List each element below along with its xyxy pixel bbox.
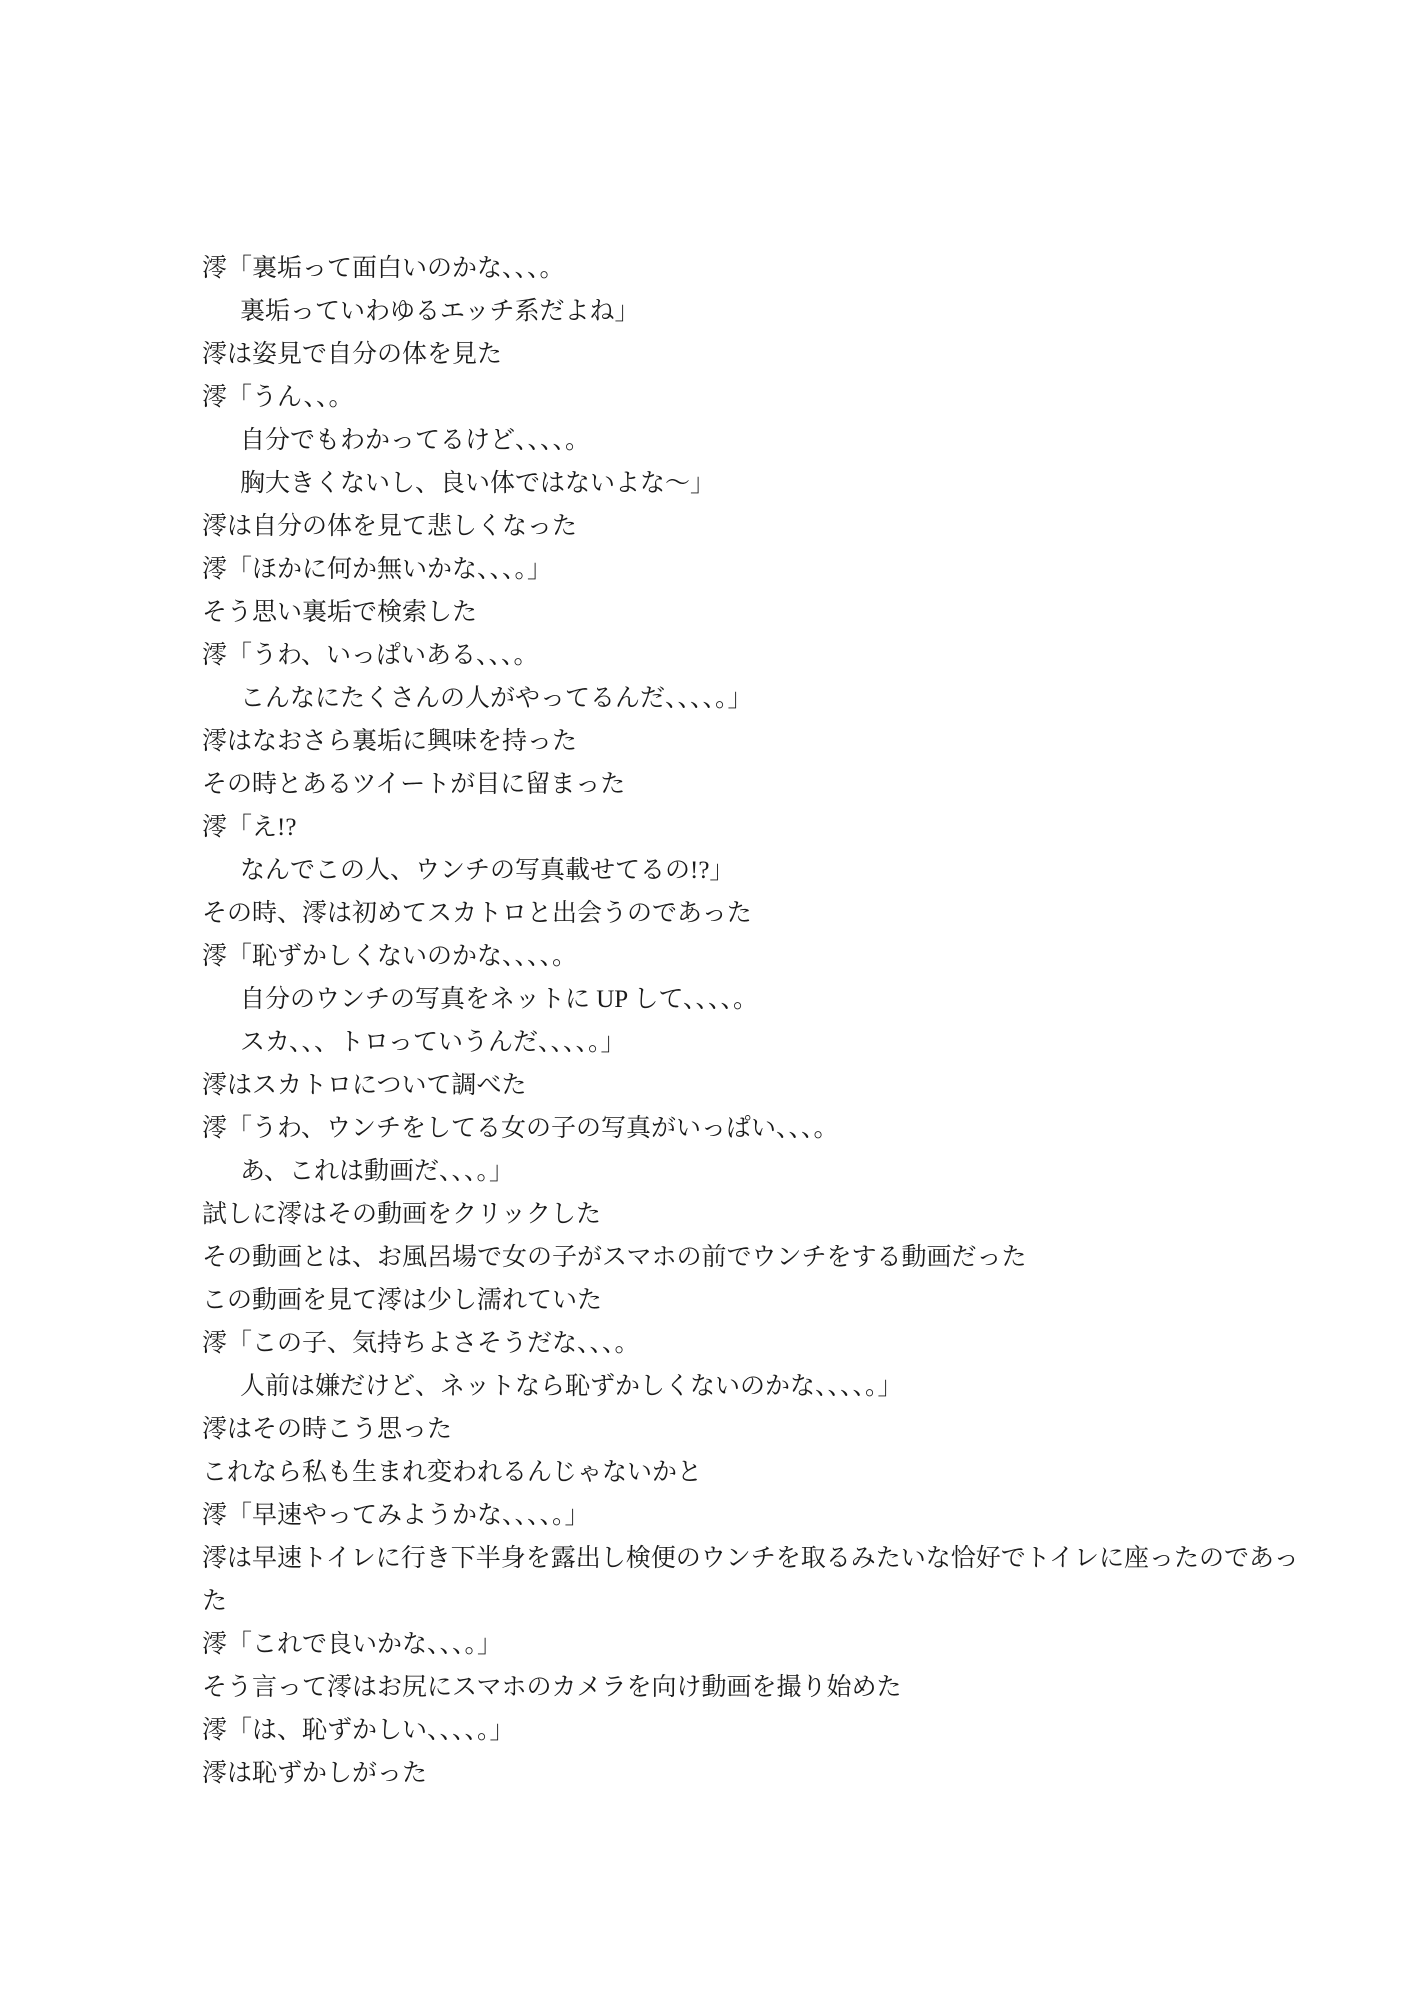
story-line: 人前は嫌だけど、ネットなら恥ずかしくないのかな、、、、。」 xyxy=(202,1365,1312,1408)
story-line: 胸大きくないし、良い体ではないよな～」 xyxy=(202,462,1312,505)
story-line: 澪「うん、、。 xyxy=(202,376,1312,419)
story-line: その動画とは、お風呂場で女の子がスマホの前でウンチをする動画だった xyxy=(202,1236,1312,1279)
story-line: スカ、、、トロっていうんだ、、、、。」 xyxy=(202,1021,1312,1064)
story-line: この動画を見て澪は少し濡れていた xyxy=(202,1279,1312,1322)
story-line: 澪「うわ、いっぱいある、、、。 xyxy=(202,634,1312,677)
story-line: これなら私も生まれ変われるんじゃないかと xyxy=(202,1451,1312,1494)
story-line: あ、これは動画だ、、、。」 xyxy=(202,1150,1312,1193)
story-line: 澪「裏垢って面白いのかな、、、。 xyxy=(202,247,1312,290)
story-line: 澪は自分の体を見て悲しくなった xyxy=(202,505,1312,548)
story-line: 澪「これで良いかな、、、。」 xyxy=(202,1623,1312,1666)
story-line: 澪「恥ずかしくないのかな、、、、。 xyxy=(202,935,1312,978)
story-line: 澪「うわ、ウンチをしてる女の子の写真がいっぱい、、、。 xyxy=(202,1107,1312,1150)
story-line: その時とあるツイートが目に留まった xyxy=(202,763,1312,806)
story-line: 澪は恥ずかしがった xyxy=(202,1752,1312,1795)
story-line: なんでこの人、ウンチの写真載せてるの!?」 xyxy=(202,849,1312,892)
story-line: その時、澪は初めてスカトロと出会うのであった xyxy=(202,892,1312,935)
story-line: 自分のウンチの写真をネットに UP して、、、、。 xyxy=(202,978,1312,1021)
story-line: 澪「この子、気持ちよさそうだな、、、。 xyxy=(202,1322,1312,1365)
story-line: こんなにたくさんの人がやってるんだ、、、、。」 xyxy=(202,677,1312,720)
story-line: 試しに澪はその動画をクリックした xyxy=(202,1193,1312,1236)
story-line: 澪は早速トイレに行き下半身を露出し検便のウンチを取るみたいな恰好でトイレに座った… xyxy=(202,1537,1312,1623)
story-line: そう言って澪はお尻にスマホのカメラを向け動画を撮り始めた xyxy=(202,1666,1312,1709)
story-line: 澪「早速やってみようかな、、、、。」 xyxy=(202,1494,1312,1537)
story-line: 自分でもわかってるけど、、、、。 xyxy=(202,419,1312,462)
story-line: そう思い裏垢で検索した xyxy=(202,591,1312,634)
story-line: 澪はその時こう思った xyxy=(202,1408,1312,1451)
story-line: 澪「ほかに何か無いかな、、、。」 xyxy=(202,548,1312,591)
story-text: 澪「裏垢って面白いのかな、、、。裏垢っていわゆるエッチ系だよね」澪は姿見で自分の… xyxy=(202,247,1312,1795)
document-page: 澪「裏垢って面白いのかな、、、。裏垢っていわゆるエッチ系だよね」澪は姿見で自分の… xyxy=(0,0,1414,2000)
story-line: 澪「は、恥ずかしい、、、、。」 xyxy=(202,1709,1312,1752)
story-line: 澪は姿見で自分の体を見た xyxy=(202,333,1312,376)
story-line: 澪はスカトロについて調べた xyxy=(202,1064,1312,1107)
story-line: 裏垢っていわゆるエッチ系だよね」 xyxy=(202,290,1312,333)
story-line: 澪「え!? xyxy=(202,806,1312,849)
story-line: 澪はなおさら裏垢に興味を持った xyxy=(202,720,1312,763)
